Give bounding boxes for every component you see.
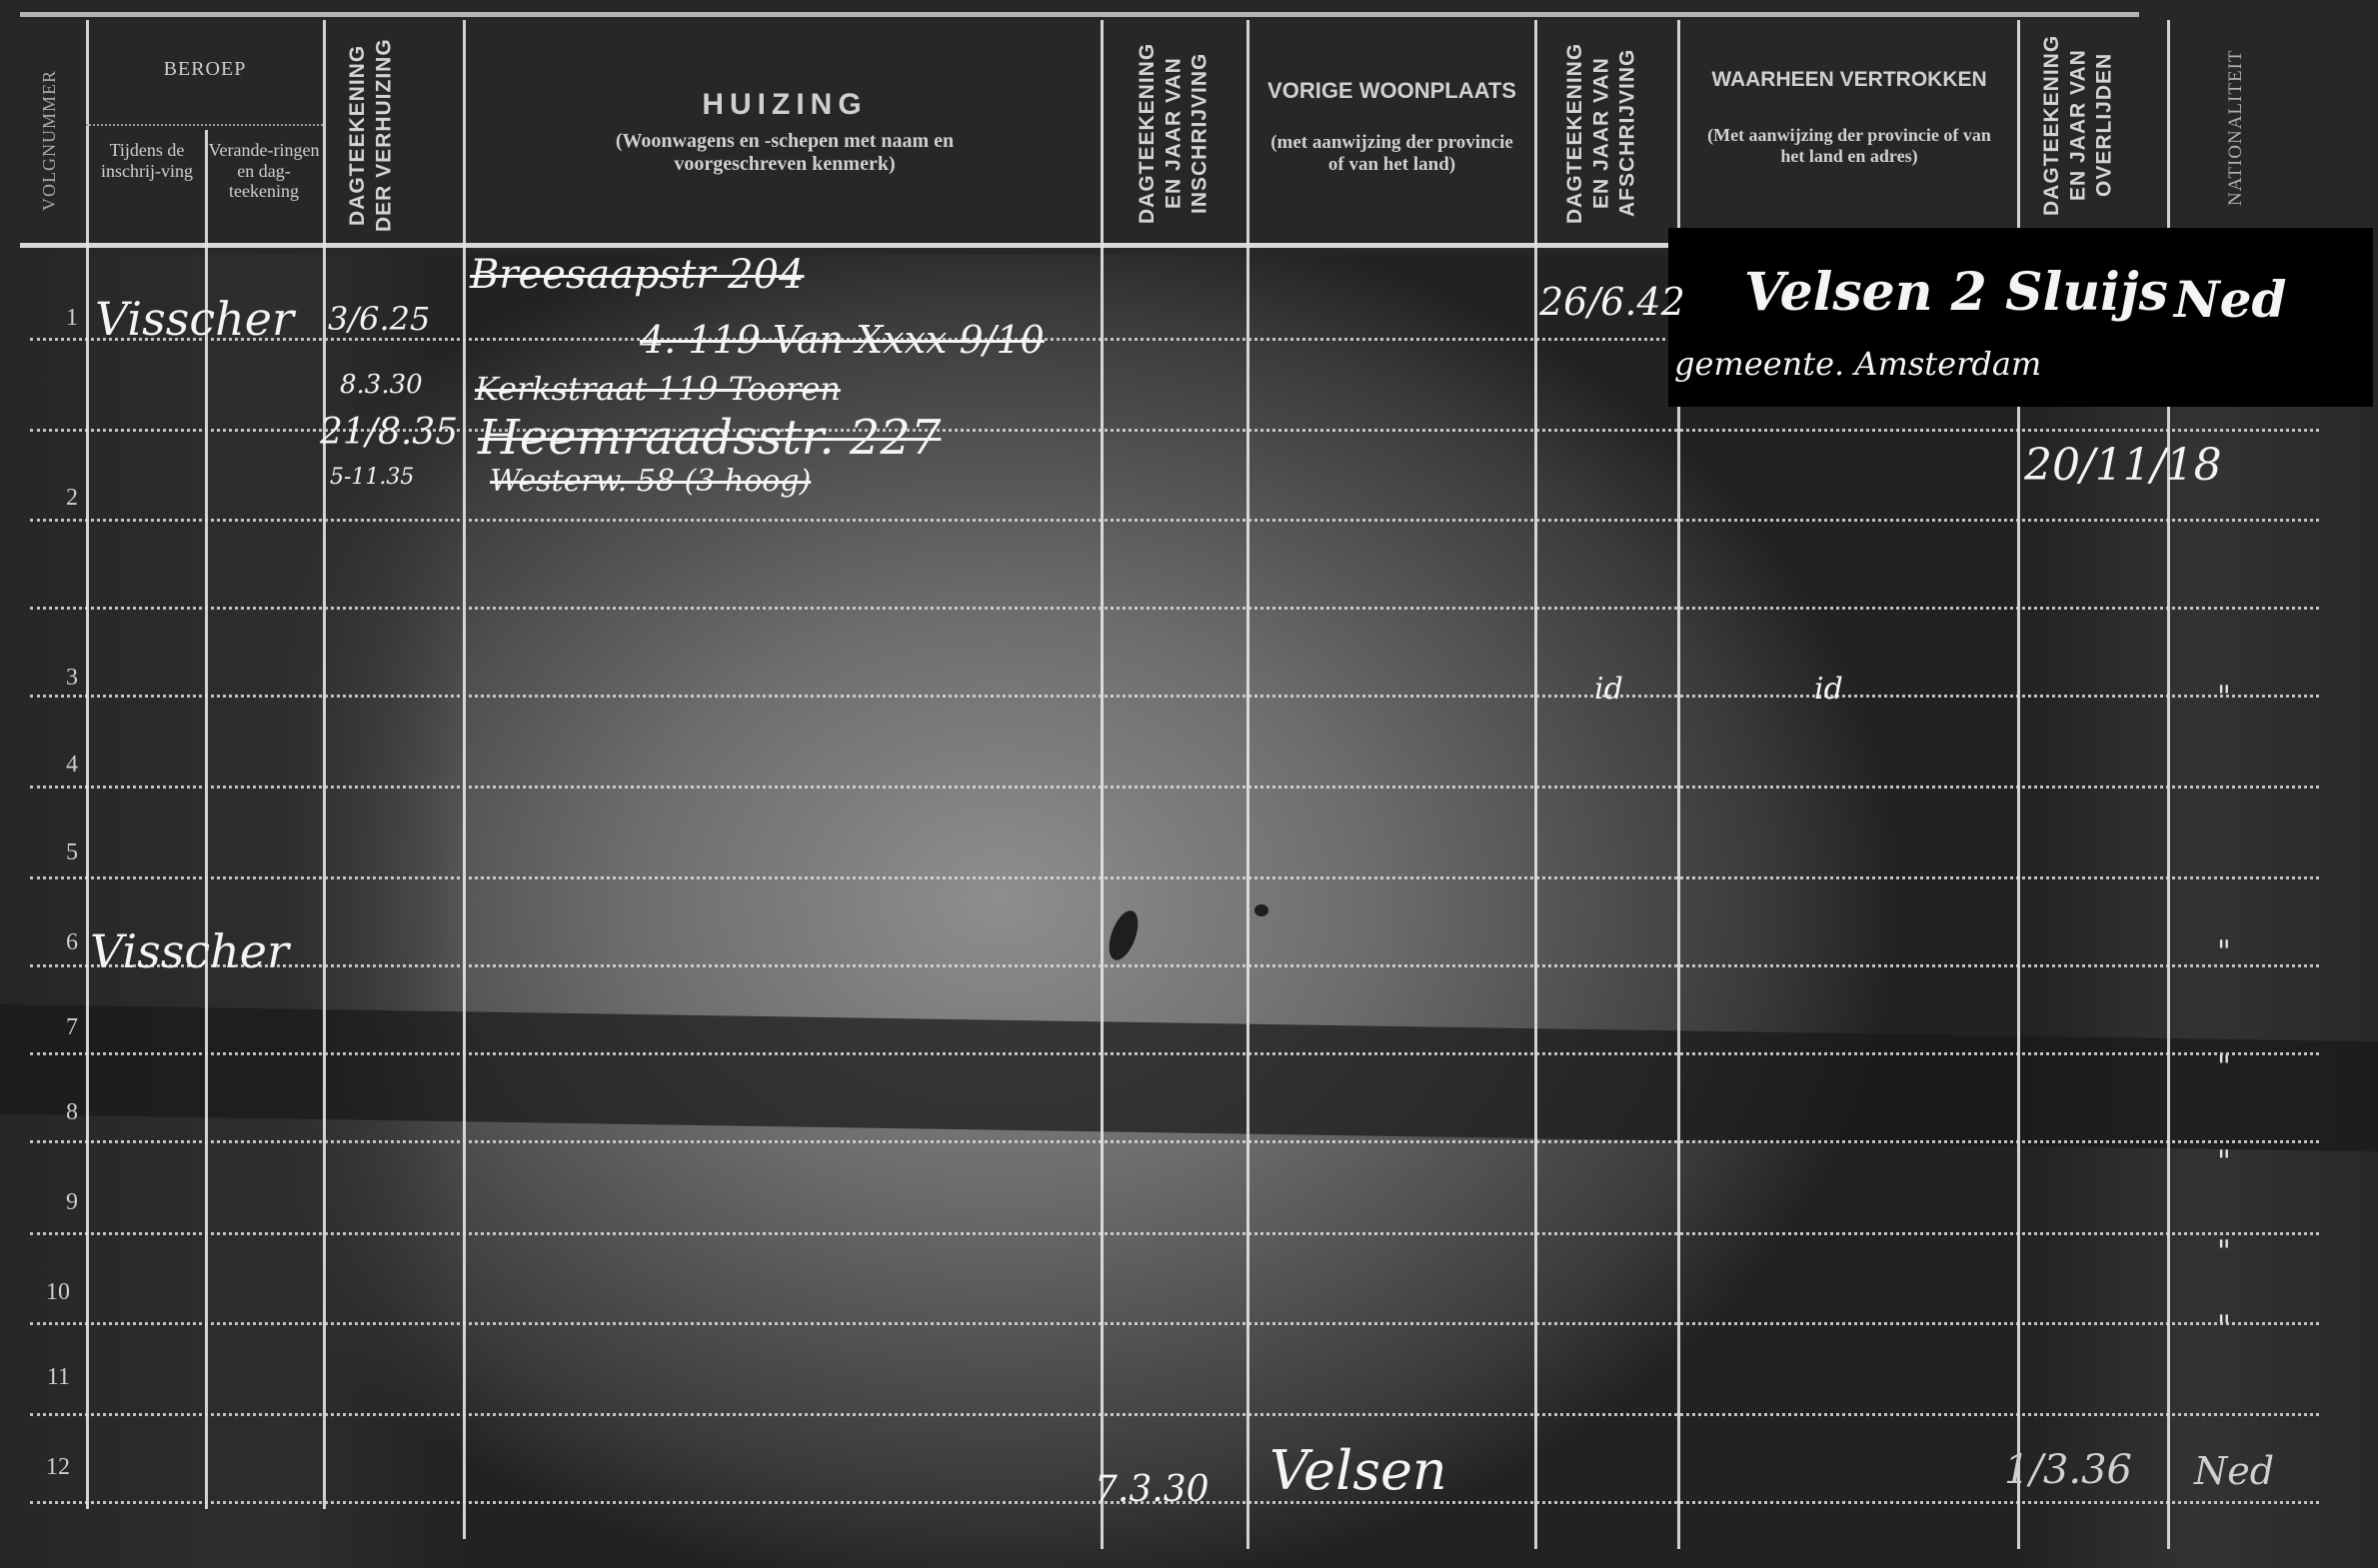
row-number: 11: [30, 1364, 70, 1391]
nationaliteit-ditto-row9: ": [2217, 1234, 2231, 1269]
row-line: [30, 519, 2319, 522]
row-number: 12: [30, 1454, 70, 1481]
ink-spot: [1254, 904, 1268, 916]
row-line: [30, 1232, 2319, 1235]
row-number: 5: [38, 839, 78, 866]
row-line: [30, 1052, 2319, 1055]
row-number: 10: [30, 1279, 70, 1306]
verhuizing-date-3: 21/8.35: [320, 412, 458, 453]
row-number: 3: [38, 665, 78, 692]
header-beroep-veranderingen: Verande-ringen en dag-teekening: [208, 140, 320, 202]
row-number: 8: [38, 1099, 78, 1126]
header-waarheen-sub: (Met aanwijzing der provincie of van het…: [1694, 125, 2004, 166]
ditto-afschrijving-row3: id: [1594, 672, 1623, 707]
ink-stain: [1104, 906, 1144, 963]
verhuizing-date-2: 8.3.30: [340, 370, 423, 400]
verhuizing-date-1: 3/6.25: [328, 300, 430, 338]
afschrijving-row1: 26/6.42: [1539, 280, 1685, 324]
inschrijving-row12: 7.3.30: [1095, 1469, 1209, 1510]
row-line: [30, 607, 2319, 610]
huizing-line-1: Breesaapstr 204: [470, 252, 804, 298]
column-divider: [86, 20, 89, 1509]
row-line: [30, 1322, 2319, 1325]
ditto-waarheen-row3: id: [1814, 672, 1843, 707]
row-number: 9: [38, 1189, 78, 1216]
huizing-line-4: Heemraadsstr. 227: [478, 410, 941, 466]
nationaliteit-row12: Ned: [2194, 1449, 2274, 1493]
row-number: 4: [38, 752, 78, 779]
huizing-line-5: Westerw. 58 (3 hoog): [490, 464, 811, 499]
header-beroep: BEROEP: [90, 58, 320, 81]
column-divider: [323, 20, 326, 1509]
column-divider: [1101, 20, 1104, 1549]
column-divider: [463, 20, 466, 1539]
beroep-row6: Visscher: [90, 924, 289, 978]
nationaliteit-ditto-row6: ": [2217, 934, 2231, 969]
waarheen-row1-line2: gemeente. Amsterdam: [1674, 345, 2041, 383]
nationaliteit-ditto-row10: ": [2217, 1309, 2231, 1344]
overlijden-row12: 1/3.36: [2004, 1447, 2132, 1493]
header-dagteekening-verhuizing: DAGTEEKENING DER VERHUIZING: [345, 35, 445, 235]
header-waarheen: WAARHEEN VERTROKKEN: [1689, 68, 2009, 92]
header-nationaliteit: NATIONALITEIT: [2224, 20, 2248, 235]
beroep-subdivider: [86, 124, 323, 126]
row-number: 7: [38, 1014, 78, 1041]
row-line: [30, 1140, 2319, 1143]
header-dagteekening-inschrijving: DAGTEEKENING EN JAAR VAN INSCHRIJVING: [1135, 28, 1234, 238]
header-vorige-woonplaats: VORIGE WOONPLAATS: [1254, 78, 1529, 103]
vorige-woonplaats-row12: Velsen: [1269, 1439, 1447, 1502]
nationaliteit-row1: Ned: [2174, 270, 2286, 329]
column-divider: [1534, 20, 1537, 1549]
nationaliteit-ditto-row3: ": [2217, 680, 2231, 715]
top-rule: [20, 12, 2139, 17]
header-volgnummer: VOLGNUMMER: [38, 40, 61, 240]
register-sheet: VOLGNUMMER BEROEP Tijdens de inschrij-vi…: [0, 0, 2378, 1568]
column-divider: [1246, 20, 1249, 1549]
waarheen-row1: Velsen 2 Sluijs: [1744, 262, 2168, 323]
nationaliteit-ditto-row7: ": [2217, 1049, 2231, 1084]
header-dagteekening-afschrijving: DAGTEEKENING EN JAAR VAN AFSCHRIJVING: [1562, 28, 1662, 238]
huizing-line-2: 4. 119 Van Xxxx 9/10: [640, 318, 1045, 362]
overlijden-row2: 20/11/18: [2024, 440, 2222, 491]
row-number: 2: [38, 485, 78, 512]
header-vorige-woonplaats-sub: (met aanwijzing der provincie of van het…: [1269, 132, 1514, 176]
nationaliteit-ditto-row8: ": [2217, 1144, 2231, 1179]
row-line: [30, 695, 2319, 698]
row-line: [30, 1413, 2319, 1416]
row-line: [30, 785, 2319, 788]
row-number: 6: [38, 929, 78, 956]
beroep-row1: Visscher: [95, 292, 294, 346]
verhuizing-date-4: 5-11.35: [330, 465, 414, 490]
header-huizing-sub: (Woonwagens en -schepen met naam en voor…: [550, 130, 1020, 176]
header-dagteekening-overlijden: DAGTEEKENING EN JAAR VAN OVERLIJDEN: [2039, 20, 2149, 230]
row-line: [30, 876, 2319, 879]
header-beroep-tijdens: Tijdens de inschrij-ving: [92, 140, 202, 181]
row-number: 1: [38, 305, 78, 332]
header-huizing: HUIZING: [470, 88, 1100, 123]
huizing-line-3: Kerkstraat 119 Tooren: [475, 370, 841, 408]
row-line: [30, 964, 2319, 967]
